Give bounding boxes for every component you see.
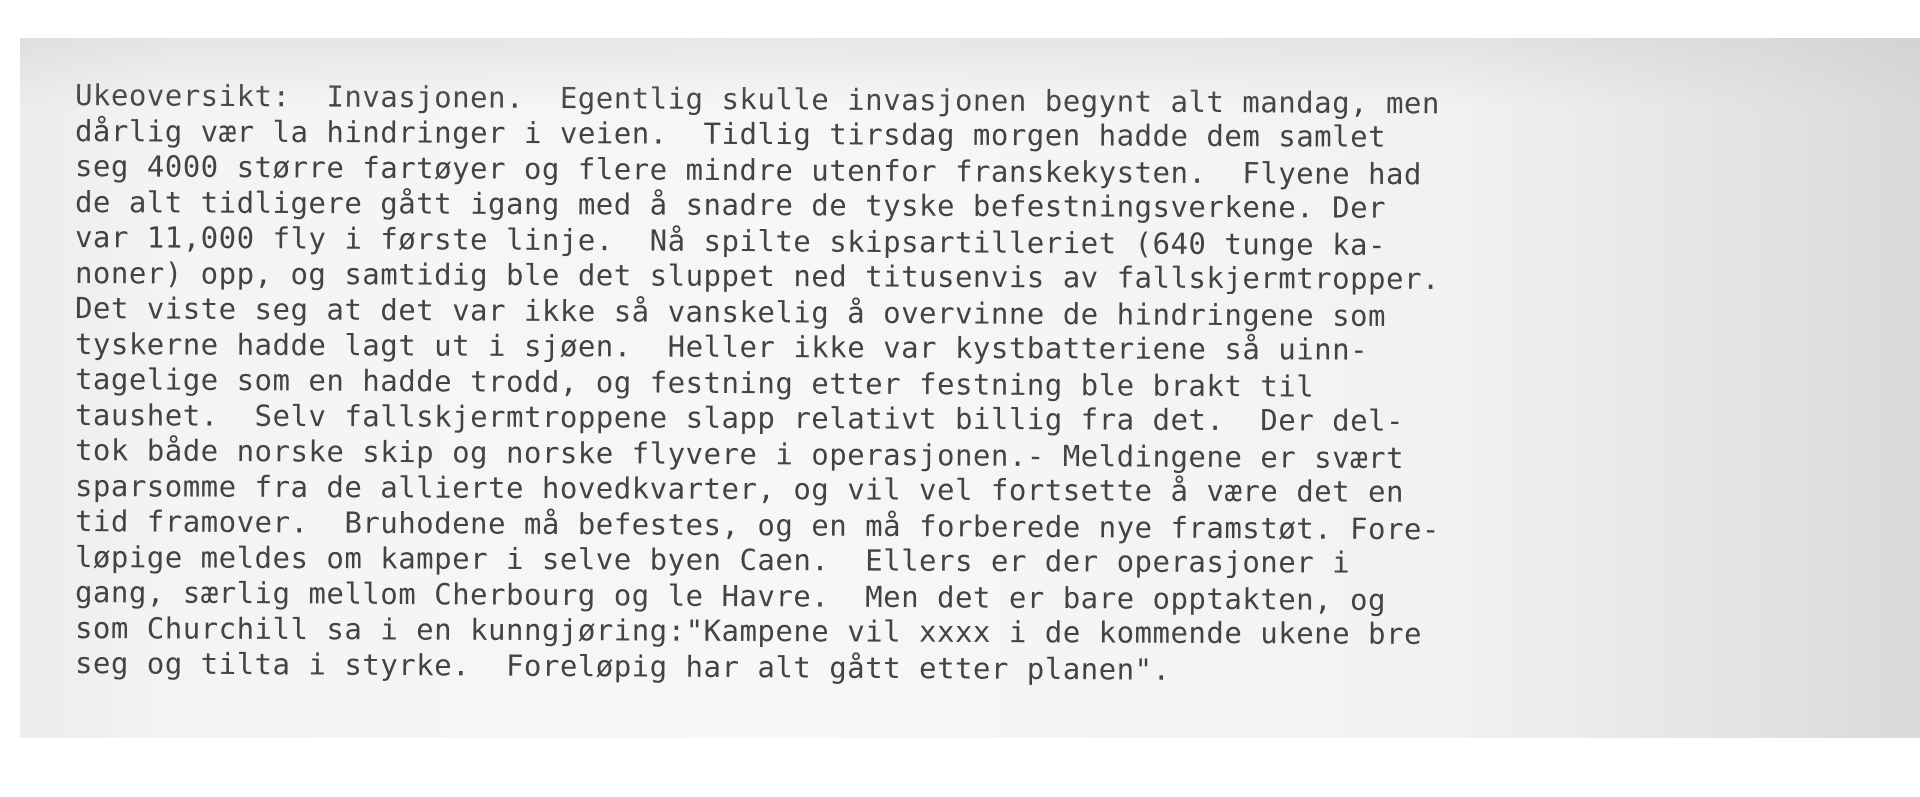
typewritten-page: Ukeoversikt: Invasjonen. Egentlig skulle… (20, 38, 1920, 738)
text-line: de alt tidligere gått igang med å snadre… (75, 185, 1440, 226)
document-body: Ukeoversikt: Invasjonen. Egentlig skulle… (75, 78, 1440, 682)
text-line: som Churchill sa i en kunngjøring:"Kampe… (75, 611, 1440, 652)
text-line: taushet. Selv fallskjermtroppene slapp r… (75, 398, 1440, 439)
text-line: dårlig vær la hindringer i veien. Tidlig… (75, 114, 1440, 155)
text-line: noner) opp, og samtidig ble det sluppet … (75, 256, 1440, 297)
text-line: løpige meldes om kamper i selve byen Cae… (75, 540, 1440, 581)
text-line: sparsomme fra de allierte hovedkvarter, … (75, 469, 1440, 510)
text-line: seg og tilta i styrke. Foreløpig har alt… (75, 646, 1440, 690)
text-line: tyskerne hadde lagt ut i sjøen. Heller i… (75, 327, 1440, 368)
